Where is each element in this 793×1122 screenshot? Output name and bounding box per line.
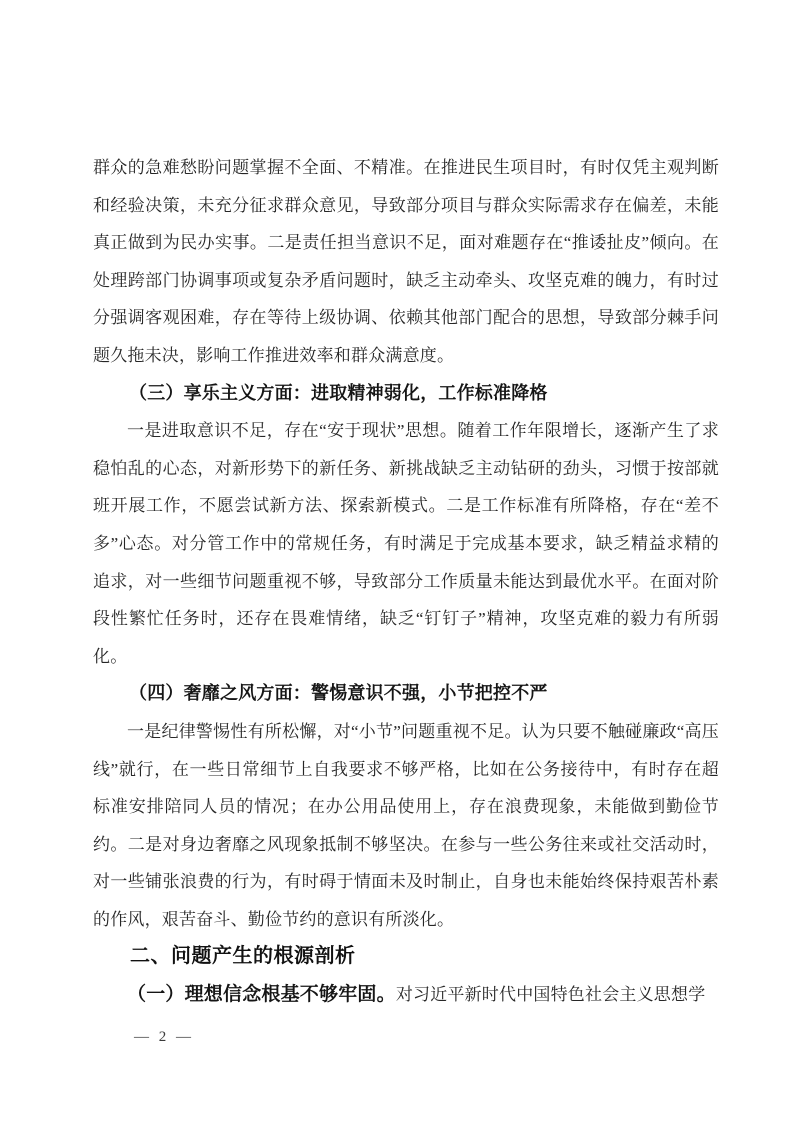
paragraph-extravagance: 一是纪律警惕性有所松懈，对“小节”问题重视不足。认为只要不触碰廉政“高压线”就行… [93,713,719,939]
paragraph-lead-bold: （一）理想信念根基不够牢固。 [127,984,396,1005]
heading-part-2-root-cause-analysis: 二、问题产生的根源剖析 [93,938,719,976]
page-number: — 2 — [134,1026,194,1048]
document-body: 群众的急难愁盼问题掌握不全面、不精准。在推进民生项目时，有时仅凭主观判断和经验决… [93,149,719,1014]
paragraph-hedonism: 一是进取意识不足，存在“安于现状”思想。随着工作年限增长，逐渐产生了求稳怕乱的心… [93,412,719,675]
document-page: 群众的急难愁盼问题掌握不全面、不精准。在推进民生项目时，有时仅凭主观判断和经验决… [0,0,793,1122]
heading-section-4-extravagance: （四）奢靡之风方面：警惕意识不强，小节把控不严 [93,675,719,713]
heading-section-3-hedonism: （三）享乐主义方面：进取精神弱化，工作标准降格 [93,375,719,413]
paragraph-ideals-and-beliefs: （一）理想信念根基不够牢固。对习近平新时代中国特色社会主义思想学 [93,976,719,1014]
paragraph-lead-rest: 对习近平新时代中国特色社会主义思想学 [396,985,706,1004]
paragraph-work-style-continuation: 群众的急难愁盼问题掌握不全面、不精准。在推进民生项目时，有时仅凭主观判断和经验决… [93,149,719,375]
